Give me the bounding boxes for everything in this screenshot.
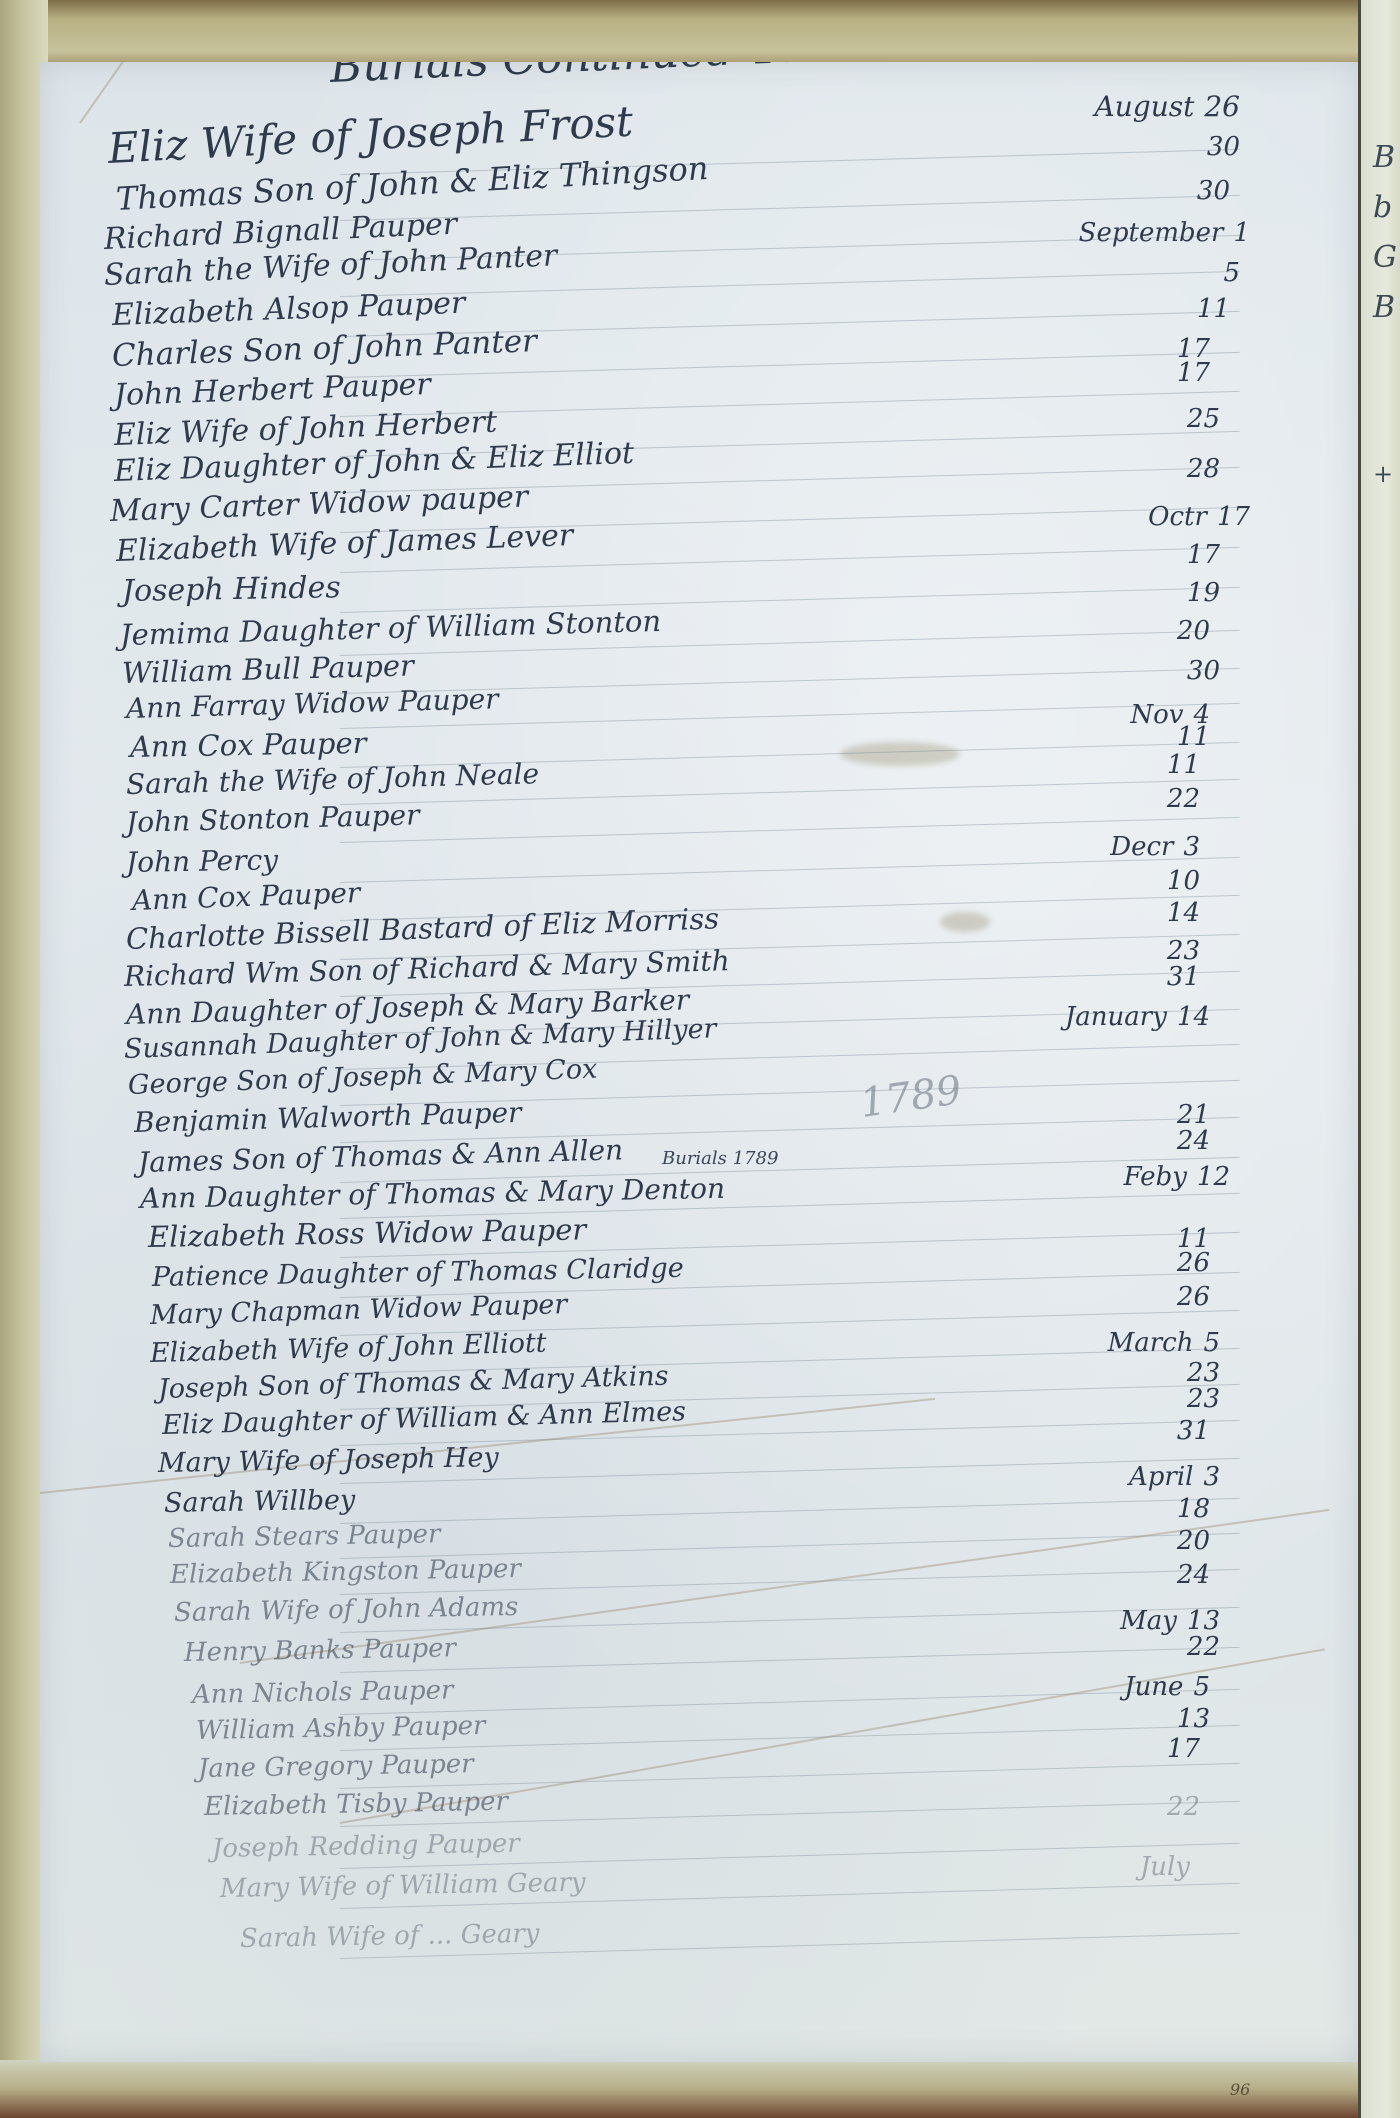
burial-entry-date: July xyxy=(1140,1852,1200,1882)
burial-entry-date: 24 xyxy=(1167,1126,1210,1156)
burial-entry-name: William Ashby Pauper xyxy=(196,1711,486,1746)
burial-entry-date: 11 xyxy=(1187,294,1230,324)
burial-entry-name: John Herbert Pauper xyxy=(113,367,431,413)
date-day: 22 xyxy=(1167,784,1200,814)
facing-page-fragment: B xyxy=(1373,290,1395,325)
date-day: 5 xyxy=(1223,258,1240,288)
date-day: 20 xyxy=(1177,616,1210,646)
burial-entry-name: Sarah the Wife of John Neale xyxy=(126,757,540,801)
burial-entry-name: Mary Wife of Joseph Hey xyxy=(158,1442,499,1479)
date-day: 12 xyxy=(1197,1162,1230,1192)
date-month: July xyxy=(1140,1852,1190,1882)
burial-entry-name: Mary Wife of William Geary xyxy=(220,1868,586,1904)
burial-entry-name: Benjamin Walworth Pauper xyxy=(134,1096,522,1139)
page-footer-number: 96 xyxy=(1230,2080,1250,2099)
ruled-line xyxy=(340,1647,1240,1673)
date-day: 17 xyxy=(1177,358,1210,388)
date-day: 5 xyxy=(1203,1328,1220,1358)
burial-entry-date: 19 xyxy=(1177,578,1220,608)
burial-entry-date: 30 xyxy=(1187,176,1230,206)
date-month: May xyxy=(1120,1606,1177,1636)
title-year: 1788 xyxy=(750,62,864,75)
burial-entry-name: John Stonton Pauper xyxy=(126,798,420,839)
burial-entry-date: 26 xyxy=(1167,1282,1210,1312)
date-day: 22 xyxy=(1167,1792,1200,1822)
burial-entry-name: Mary Chapman Widow Pauper xyxy=(150,1289,568,1331)
burial-entry-date: 30 xyxy=(1197,132,1240,162)
burial-entry-name: John Percy xyxy=(126,843,279,879)
burial-entry-name: Sarah Wife of ... Geary xyxy=(240,1919,540,1954)
date-day: 18 xyxy=(1177,1494,1210,1524)
burial-entry-date: 18 xyxy=(1167,1494,1210,1524)
burial-entry-date: 28 xyxy=(1177,454,1220,484)
burial-entry-name: Elizabeth Wife of John Elliott xyxy=(150,1328,547,1369)
date-day: 26 xyxy=(1177,1282,1210,1312)
burial-entry-date: 23 xyxy=(1177,1384,1220,1414)
burial-entry-date: 10 xyxy=(1157,866,1200,896)
burial-entry-name: Sarah Wife of John Adams xyxy=(174,1592,519,1628)
ruled-line xyxy=(340,1498,1240,1524)
burial-entry-name: Ann Daughter of Thomas & Mary Denton xyxy=(140,1172,726,1215)
burial-entry-date: 22 xyxy=(1177,1632,1220,1662)
burial-entry-date: 25 xyxy=(1177,404,1220,434)
burial-entry-name: Jane Gregory Pauper xyxy=(198,1749,474,1784)
burial-entry-date: 20 xyxy=(1167,616,1210,646)
date-day: 24 xyxy=(1177,1560,1210,1590)
burial-entry-date: 17 xyxy=(1167,358,1210,388)
date-month: January xyxy=(1065,1002,1167,1032)
date-month: Decr xyxy=(1110,832,1173,862)
burial-entry-date: 31 xyxy=(1157,962,1200,992)
burial-entry-date: June5 xyxy=(1124,1672,1210,1702)
date-day: 30 xyxy=(1187,656,1220,686)
date-month: April xyxy=(1129,1462,1193,1492)
interlinear-note: Burials 1789 xyxy=(662,1148,778,1169)
burial-entry-date: 24 xyxy=(1167,1560,1210,1590)
paper-stain xyxy=(840,742,960,766)
burial-entry-name: Elizabeth Tisby Pauper xyxy=(204,1787,508,1822)
facing-page-edge: B b G B + xyxy=(1358,0,1400,2118)
date-day: 28 xyxy=(1187,454,1220,484)
burial-entry-name: Sarah Stears Pauper xyxy=(168,1519,441,1554)
date-day: 24 xyxy=(1177,1126,1210,1156)
burial-entry-date: 14 xyxy=(1157,898,1200,928)
facing-page-fragment: + xyxy=(1373,460,1393,488)
date-day: 5 xyxy=(1193,1672,1210,1702)
date-day: 11 xyxy=(1197,294,1230,324)
date-day: 11 xyxy=(1167,750,1200,780)
date-day: 30 xyxy=(1197,176,1230,206)
date-day: 17 xyxy=(1187,540,1220,570)
burial-entry-date: 30 xyxy=(1177,656,1220,686)
burial-entry-name: James Son of Thomas & Ann Allen xyxy=(138,1133,624,1179)
burial-entry-date: April3 xyxy=(1129,1462,1220,1492)
date-day: 11 xyxy=(1177,722,1210,752)
facing-page-fragment: B xyxy=(1373,140,1395,175)
date-day: 14 xyxy=(1167,898,1200,928)
burial-entry-name: Ann Cox Pauper xyxy=(130,726,367,764)
date-day: 26 xyxy=(1204,90,1240,123)
burial-entry-date: January14 xyxy=(1065,1002,1210,1032)
burial-entry-date: 5 xyxy=(1213,258,1240,288)
burial-entry-name: Ann Nichols Pauper xyxy=(192,1675,454,1710)
date-day: 31 xyxy=(1167,962,1200,992)
ruled-line xyxy=(340,857,1240,883)
burial-entry-date: 11 xyxy=(1157,750,1200,780)
date-day: 3 xyxy=(1183,832,1200,862)
burial-entry-name: Ann Farray Widow Pauper xyxy=(126,682,499,725)
date-day: 3 xyxy=(1203,1462,1220,1492)
binding-top-edge xyxy=(0,0,1400,64)
burial-entry-name: Patience Daughter of Thomas Claridge xyxy=(152,1253,684,1293)
burial-entry-date: March5 xyxy=(1108,1328,1220,1358)
burial-entry-date: 17 xyxy=(1157,1734,1200,1764)
burial-entry-name: Jemima Daughter of William Stonton xyxy=(120,604,662,652)
burial-entry-name: William Bull Pauper xyxy=(122,648,415,690)
burial-entry-name: Elizabeth Alsop Pauper xyxy=(111,286,465,333)
burial-entry-date: 31 xyxy=(1167,1416,1210,1446)
date-day: 23 xyxy=(1187,1384,1220,1414)
facing-page-fragment: b xyxy=(1373,190,1392,225)
burial-entry-date: 22 xyxy=(1157,1792,1200,1822)
burial-entry-date: Decr3 xyxy=(1110,832,1200,862)
date-month: March xyxy=(1108,1328,1194,1358)
date-month: Feby xyxy=(1124,1162,1187,1192)
burial-entry-date: 11 xyxy=(1167,722,1210,752)
burial-entry-name: Elizabeth Kingston Pauper xyxy=(170,1554,521,1590)
burial-entry-name: Joseph Redding Pauper xyxy=(212,1829,520,1864)
burial-entry-date: 20 xyxy=(1167,1526,1210,1556)
burial-entry-date: September1 xyxy=(1079,218,1250,248)
burial-entry-date: Feby12 xyxy=(1124,1162,1230,1192)
date-month: September xyxy=(1079,218,1224,248)
date-day: 25 xyxy=(1187,404,1220,434)
ruled-line xyxy=(340,817,1240,843)
date-day: 17 xyxy=(1217,502,1250,532)
burial-entry-date: 22 xyxy=(1157,784,1200,814)
date-day: 22 xyxy=(1187,1632,1220,1662)
date-day: 20 xyxy=(1177,1526,1210,1556)
burial-entry-date: 17 xyxy=(1177,540,1220,570)
date-day: 1 xyxy=(1233,218,1250,248)
binding-bottom-edge xyxy=(0,2060,1400,2118)
burial-entry-date: August26 xyxy=(1095,90,1240,123)
burial-entry-name: Elizabeth Ross Widow Pauper xyxy=(148,1212,587,1254)
register-page: Burials Continued1788 1789 Burials 1789 … xyxy=(40,62,1358,2062)
page-title: Burials Continued1788 xyxy=(329,62,864,93)
date-day: 17 xyxy=(1167,1734,1200,1764)
date-month: August xyxy=(1095,90,1195,123)
date-day: 19 xyxy=(1187,578,1220,608)
date-day: 30 xyxy=(1207,132,1240,162)
burial-entry-date: 13 xyxy=(1167,1704,1210,1734)
burial-entry-name: Sarah Willbey xyxy=(164,1485,356,1519)
date-day: 10 xyxy=(1167,866,1200,896)
burial-entry-name: Ann Cox Pauper xyxy=(131,876,360,917)
facing-page-fragment: G xyxy=(1373,240,1397,275)
burial-entry-date: Octr17 xyxy=(1148,502,1250,532)
burial-entry-name: Henry Banks Pauper xyxy=(184,1633,456,1668)
burial-entry-name: Joseph Hindes xyxy=(122,570,341,609)
paper-stain xyxy=(940,912,990,932)
date-day: 14 xyxy=(1177,1002,1210,1032)
ruled-line xyxy=(340,1763,1240,1789)
date-month: June xyxy=(1124,1672,1183,1702)
date-month: Octr xyxy=(1148,502,1207,532)
title-text: Burials Continued xyxy=(329,62,735,93)
date-day: 31 xyxy=(1177,1416,1210,1446)
date-day: 13 xyxy=(1177,1704,1210,1734)
marginal-year: 1789 xyxy=(857,1067,964,1127)
